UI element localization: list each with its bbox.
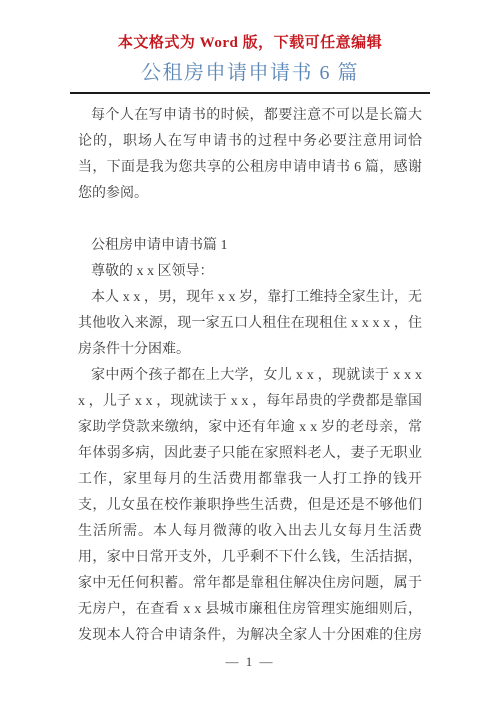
paragraph: 尊敬的 x x 区领导： <box>78 259 422 285</box>
paragraph: 每个人在写申请书的时候，都要注意不可以是长篇大论的，职场人在写申请书的过程中务必… <box>78 103 422 207</box>
document-body: 每个人在写申请书的时候，都要注意不可以是长篇大论的，职场人在写申请书的过程中务必… <box>78 103 422 644</box>
paragraph: 家中两个孩子都在上大学，女儿 x x ，现就读于 x x x x ，儿子 x x… <box>78 363 422 644</box>
paragraph: 本人 x x ，男，现年 x x 岁，靠打工维持全家生计，无其他收入来源，现一家… <box>78 285 422 363</box>
document-page: 本文格式为 Word 版，下载可任意编辑 公租房申请申请书 6 篇 每个人在写申… <box>0 0 500 707</box>
paragraph-spacer <box>78 207 422 233</box>
page-number: — 1 — <box>0 654 500 670</box>
paragraph: 公租房申请申请书篇 1 <box>78 233 422 259</box>
document-title: 公租房申请申请书 6 篇 <box>0 59 500 87</box>
title-divider <box>70 92 430 94</box>
format-notice: 本文格式为 Word 版，下载可任意编辑 <box>0 0 500 52</box>
